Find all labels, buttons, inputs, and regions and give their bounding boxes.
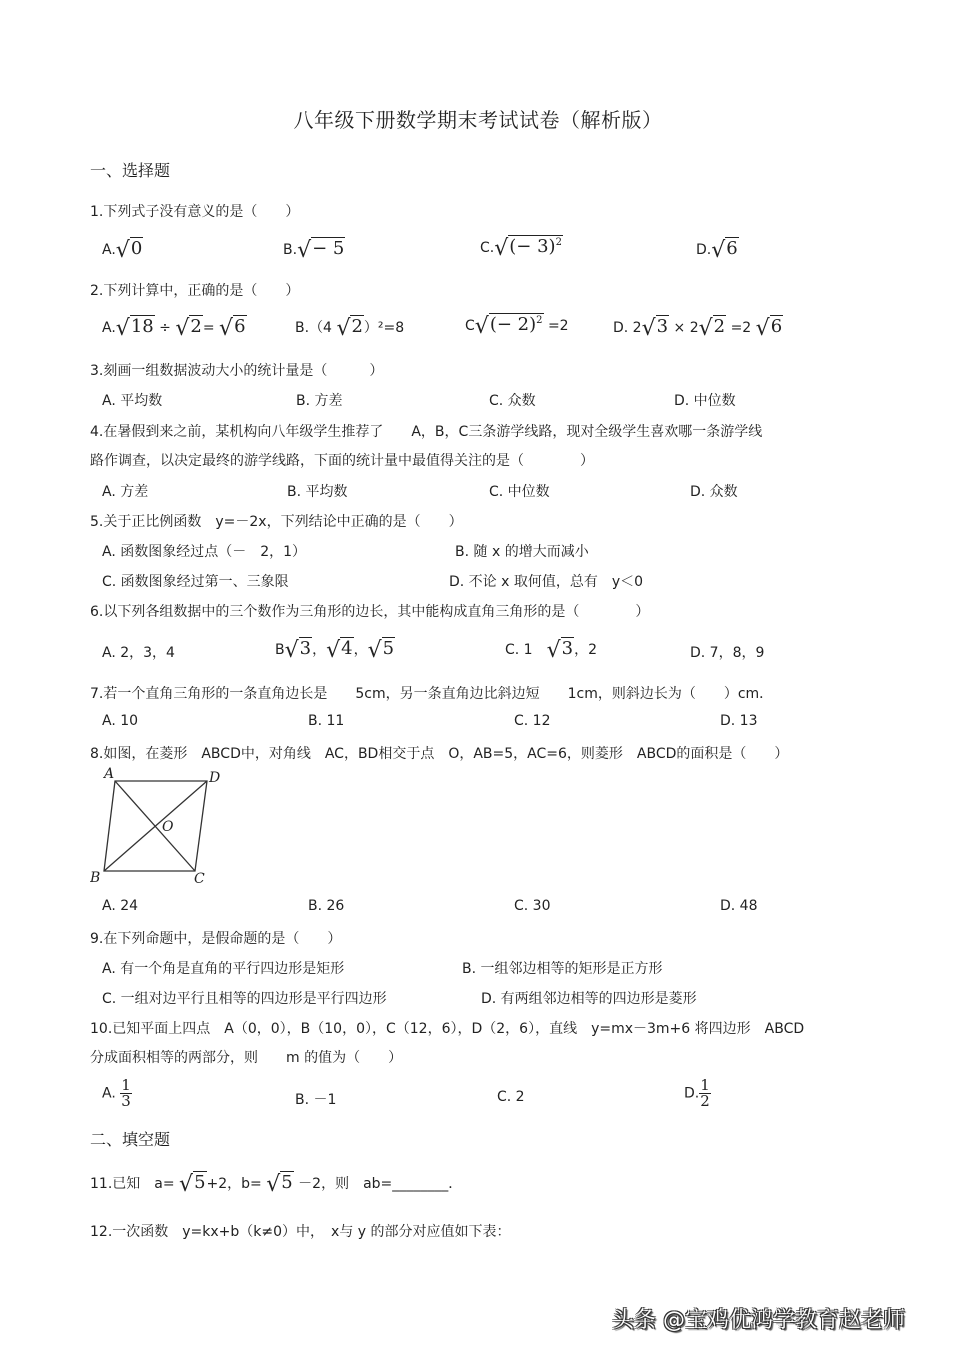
question-5-stem: 5.关于正比例函数 y=－2x，下列结论中正确的是（ ）	[90, 511, 463, 531]
q4-option-a: A. 方差	[102, 481, 148, 501]
q8-option-b: B. 26	[308, 898, 344, 914]
rhombus-diagram: A D O B C	[90, 764, 220, 889]
vertex-label-d: D	[208, 770, 220, 786]
q8-option-d: D. 48	[720, 898, 758, 914]
q4-option-b: B. 平均数	[287, 481, 348, 501]
q10-option-b: B. －1	[295, 1089, 336, 1109]
q2-option-c: C√(− 2)2 =2	[465, 314, 569, 339]
question-8-stem: 8.如图，在菱形 ABCD中，对角线 AC，BD相交于点 O，AB=5，AC=6…	[90, 743, 788, 763]
question-4-stem-line1: 4.在暑假到来之前，某机构向八年级学生推荐了 A，B，C三条游学线路，现对全级学…	[90, 421, 762, 441]
question-10-stem-line2: 分成面积相等的两部分，则 m 的值为（ ）	[90, 1047, 402, 1067]
q3-option-b: B. 方差	[296, 390, 343, 410]
q9-option-c: C. 一组对边平行且相等的四边形是平行四边形	[102, 988, 387, 1008]
q7-option-b: B. 11	[308, 713, 344, 729]
question-12-stem: 12.一次函数 y=kx+b（k≠0）中， x与 y 的部分对应值如下表：	[90, 1221, 511, 1241]
q6-option-a: A. 2，3，4	[102, 642, 175, 662]
q2-option-a: A.√18 ÷ √2= √6	[102, 316, 247, 341]
q6-option-c: C. 1 √3，2	[505, 638, 597, 663]
question-2-stem: 2.下列计算中，正确的是（ ）	[90, 280, 299, 300]
vertex-label-b: B	[90, 870, 100, 886]
page-title: 八年级下册数学期末考试试卷（解析版）	[0, 104, 956, 133]
q9-option-d: D. 有两组邻边相等的四边形是菱形	[481, 988, 697, 1008]
q10-option-d: D.12	[684, 1078, 711, 1109]
q1-option-b: B.√− 5	[283, 238, 345, 263]
q3-option-a: A. 平均数	[102, 390, 162, 410]
q8-option-a: A. 24	[102, 898, 138, 914]
q4-option-c: C. 中位数	[489, 481, 550, 501]
watermark: 头条 @宝鸡优鸿学教育赵老师	[612, 1303, 905, 1334]
q5-option-c: C. 函数图象经过第一、三象限	[102, 571, 289, 591]
q1-option-c: C.√(− 3)2	[480, 236, 563, 261]
q1-option-d: D.√6	[696, 238, 739, 263]
q2-option-b: B.（4 √2）²=8	[295, 316, 404, 341]
question-6-stem: 6.以下列各组数据中的三个数作为三角形的边长，其中能构成直角三角形的是（ ）	[90, 601, 649, 621]
q3-option-c: C. 众数	[489, 390, 536, 410]
question-1-stem: 1.下列式子没有意义的是（ ）	[90, 201, 299, 221]
question-10-stem-line1: 10.已知平面上四点 A（0，0），B（10，0），C（12，6），D（2，6）…	[90, 1018, 804, 1038]
q10-option-a: A. 13	[102, 1078, 132, 1109]
q1-option-a: A.√0	[102, 238, 143, 263]
q7-option-d: D. 13	[720, 713, 758, 729]
question-7-stem: 7.若一个直角三角形的一条直角边长是 5cm，另一条直角边比斜边短 1cm，则斜…	[90, 683, 773, 703]
section-heading-fill-blank: 二、填空题	[90, 1127, 170, 1150]
q8-option-c: C. 30	[514, 898, 551, 914]
vertex-label-c: C	[194, 871, 205, 887]
q5-option-d: D. 不论 x 取何值，总有 y＜0	[449, 571, 643, 591]
question-9-stem: 9.在下列命题中，是假命题的是（ ）	[90, 928, 341, 948]
q6-option-b: B√3，√4，√5	[275, 638, 395, 663]
q6-option-d: D. 7，8，9	[690, 642, 764, 662]
q3-option-d: D. 中位数	[674, 390, 736, 410]
section-heading-choice: 一、选择题	[90, 158, 170, 181]
q7-option-c: C. 12	[514, 713, 551, 729]
q9-option-b: B. 一组邻边相等的矩形是正方形	[462, 958, 663, 978]
vertex-label-a: A	[102, 766, 114, 782]
rhombus-figure: A D O B C	[90, 764, 220, 893]
question-4-stem-line2: 路作调查，以决定最终的游学线路，下面的统计量中最值得关注的是（ ）	[90, 450, 594, 470]
q5-option-b: B. 随 x 的增大而减小	[455, 541, 589, 561]
q9-option-a: A. 有一个角是直角的平行四边形是矩形	[102, 958, 344, 978]
q7-option-a: A. 10	[102, 713, 138, 729]
q5-option-a: A. 函数图象经过点（－ 2，1）	[102, 541, 306, 561]
q10-option-c: C. 2	[497, 1089, 525, 1105]
question-11: 11.已知 a= √5+2，b= √5 －2，则 ab=________．	[90, 1172, 462, 1197]
vertex-label-o: O	[162, 819, 174, 835]
q2-option-d: D. 2√3 × 2√2 =2 √6	[613, 316, 783, 341]
question-3-stem: 3.刻画一组数据波动大小的统计量是（ ）	[90, 360, 383, 380]
q4-option-d: D. 众数	[690, 481, 738, 501]
